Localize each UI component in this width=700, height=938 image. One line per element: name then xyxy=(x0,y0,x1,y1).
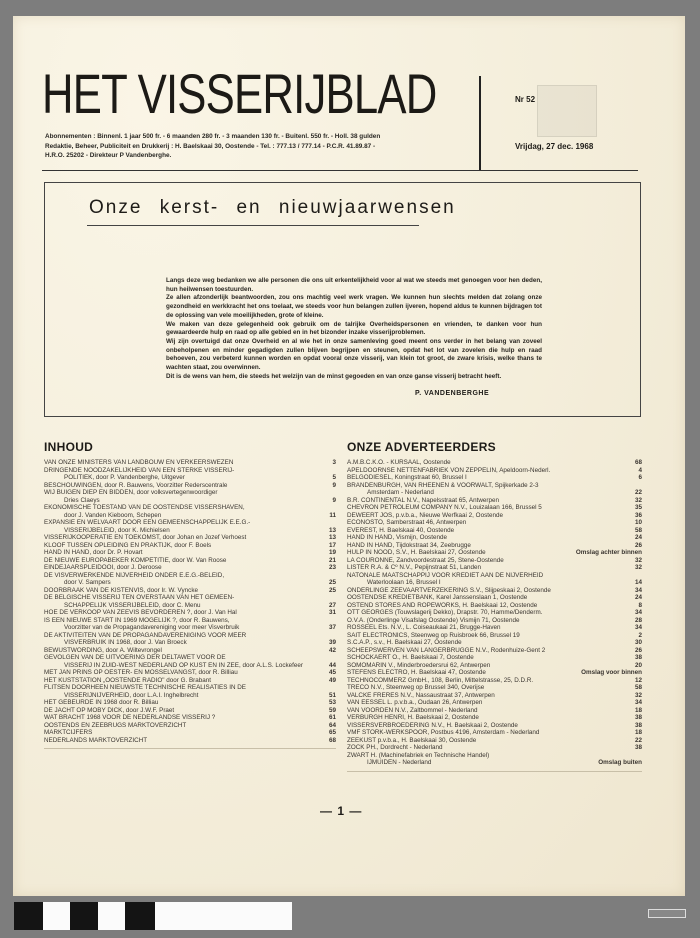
contents-entry: FLITSEN DOORHEEN NIEUWSTE TECHNISCHE REA… xyxy=(44,684,336,699)
advertiser-entry-page: Omslag achter binnen xyxy=(562,549,642,557)
advertiser-entry: TECHNOCOMMERZ GmbH., 108, Berlin, Mittel… xyxy=(347,677,642,685)
contents-entry-page: 3 xyxy=(314,459,336,467)
greetings-title: Onze kerst- en nieuwjaarwensen xyxy=(89,197,456,219)
contents-entry: EINDEJAARSPLEIDOOI, door J. Deroose23 xyxy=(44,564,336,572)
advertiser-entry-page: 24 xyxy=(620,594,642,602)
advertiser-entry-page: 34 xyxy=(620,587,642,595)
advertiser-entry-page: 18 xyxy=(620,707,642,715)
advertiser-entry-page: 20 xyxy=(620,662,642,670)
scan-calibration-white xyxy=(155,902,292,930)
advertiser-entry-title: ROSSEEL Ets. N.V., L. Coiseaukaai 21, Br… xyxy=(347,624,620,632)
advertiser-entry: OSTEND STORES AND ROPEWORKS, H. Baelskaa… xyxy=(347,602,642,610)
contents-entry-page: 65 xyxy=(314,729,336,737)
contents-entry-page: 61 xyxy=(314,714,336,722)
advertiser-entry-title: OOSTENDSE KREDIETBANK, Karel Janssenslaa… xyxy=(347,594,620,602)
subscription-rates: Abonnementen : Binnenl. 1 jaar 500 fr. -… xyxy=(45,132,475,142)
contents-entry-page: 49 xyxy=(314,677,336,685)
contents-entry: HET KUSTSTATION „OOSTENDE RADIO" door G.… xyxy=(44,677,336,685)
contents-entry-page: 37 xyxy=(314,624,336,632)
advertiser-entry-page: 58 xyxy=(620,527,642,535)
contents-entry: DOORBRAAK VAN DE KISTENVIS, door Ir. W. … xyxy=(44,587,336,595)
advertiser-entry: S.C.A.P., s.v., H. Baelskaai 27, Oostend… xyxy=(347,639,642,647)
advertiser-entry-page: 28 xyxy=(620,617,642,625)
advertiser-entry-page: 24 xyxy=(620,534,642,542)
contents-entry-page: 27 xyxy=(314,602,336,610)
advertiser-entry: O.V.A. (Onderlinge Visafslag Oostende) V… xyxy=(347,617,642,625)
contents-entry-title: OOSTENDS EN ZEEBRUGS MARKTOVERZICHT xyxy=(44,722,314,730)
advertiser-entry: HAND IN HAND, Tijdokstraat 34, Zeebrugge… xyxy=(347,542,642,550)
advertiser-entry-page: 14 xyxy=(620,579,642,587)
advertiser-entry: VMF STORK-WERKSPOOR, Postbus 4196, Amste… xyxy=(347,729,642,737)
advertiser-entry-page: 38 xyxy=(620,744,642,752)
advertiser-entry-title: APELDOORNSE NETTENFABRIEK VON ZEPPELIN, … xyxy=(347,467,620,475)
advertiser-entry: BELGODIESEL, Koningstraat 60, Brussel I6 xyxy=(347,474,642,482)
advertiser-entry-page: 26 xyxy=(620,647,642,655)
contents-entry-page: 51 xyxy=(314,692,336,700)
contents-entry-title: VISSERIJKOOPERATIE EN TOEKOMST, door Joh… xyxy=(44,534,314,542)
advertiser-entry: SAIT ELECTRONICS, Steenweg op Ruisbroek … xyxy=(347,632,642,640)
advertiser-entry-title: B.R. CONTINENTAL N.V., Napelsstraat 65, … xyxy=(347,497,620,505)
advertiser-entry-title: VMF STORK-WERKSPOOR, Postbus 4196, Amste… xyxy=(347,729,620,737)
contents-entry: IS EEN NIEUWE START IN 1969 MOGELIJK ?, … xyxy=(44,617,336,632)
contents-entry: HOE DE VERKOOP VAN ZEEVIS BEVORDEREN ?, … xyxy=(44,609,336,617)
contents-entry-title: VAN ONZE MINISTERS VAN LANDBOUW EN VERKE… xyxy=(44,459,314,467)
advertiser-entry-title: TECHNOCOMMERZ GmbH., 108, Berlin, Mittel… xyxy=(347,677,620,685)
issue-date: Vrijdag, 27 dec. 1968 xyxy=(515,142,593,151)
advertiser-entry-title: VAN EESSEL L. p.v.b.a., Oudaan 26, Antwe… xyxy=(347,699,620,707)
advertiser-entry: OTT GEORGES (Touwslagerij Dekko), Drapst… xyxy=(347,609,642,617)
contents-entry-title: NEDERLANDS MARKTOVERZICHT xyxy=(44,737,314,745)
scan-calibration-black xyxy=(125,902,155,930)
advertiser-entry-page: 12 xyxy=(620,677,642,685)
contents-entry-page: 53 xyxy=(314,699,336,707)
advertiser-entry: LISTER R.A. & Cº N.V., Pepijnstraat 51, … xyxy=(347,564,642,572)
advertiser-entry-page: 30 xyxy=(620,639,642,647)
advertiser-entry: ECONOSTO, Samberstraat 46, Antwerpen10 xyxy=(347,519,642,527)
contents-entry-page: 59 xyxy=(314,707,336,715)
scan-calibration-black xyxy=(70,902,98,930)
advertiser-entry-page: 34 xyxy=(620,699,642,707)
advertiser-entry: HULP IN NOOD, S.V., H. Baelskaai 27, Oos… xyxy=(347,549,642,557)
advertiser-entry-title: ZOCK PH., Dordrecht - Nederland xyxy=(347,744,620,752)
advertiser-entry-title: A.M.B.C.K.O. - KURSAAL, Oostende xyxy=(347,459,620,467)
advertiser-entry-page: 38 xyxy=(620,714,642,722)
advertiser-entry-page: 32 xyxy=(620,497,642,505)
contents-entry-title: HOE DE VERKOOP VAN ZEEVIS BEVORDEREN ?, … xyxy=(44,609,314,617)
contents-entry: DE JACHT OP MOBY DICK, door J.W.F. Praet… xyxy=(44,707,336,715)
advertiser-entry-title: SCHEEPSWERVEN VAN LANGERBRUGGE N.V., Rod… xyxy=(347,647,620,655)
contents-entry-page: 9 xyxy=(314,497,336,505)
greetings-title-underline xyxy=(87,225,419,226)
contents-entry-title: BESCHOUWINGEN, door R. Bauwens, Voorzitt… xyxy=(44,482,314,490)
contents-entry-page: 21 xyxy=(314,557,336,565)
contents-entry: HAND IN HAND, door Dr. P. Hovart19 xyxy=(44,549,336,557)
scan-calibration-white xyxy=(98,902,125,930)
contents-entry-title: DE BELGISCHE VISSERIJ TEN OVERSTAAN VAN … xyxy=(44,594,314,609)
registration-director: H.R.O. 25202 - Direkteur P Vandenberghe. xyxy=(45,151,475,161)
advertiser-entry: ZEEKUST p.v.b.a., H. Baelskaai 30, Ooste… xyxy=(347,737,642,745)
contents-entry-title: FLITSEN DOORHEEN NIEUWSTE TECHNISCHE REA… xyxy=(44,684,314,699)
advertiser-entry-page: 8 xyxy=(620,602,642,610)
advertiser-entry-title: ONDERLINGE ZEEVAARTVERZEKERING S.V., Sli… xyxy=(347,587,620,595)
contents-entry-page: 39 xyxy=(314,639,336,647)
advertiser-entry-title: SCHOCKAERT O., H. Baelskaai 7, Oostende xyxy=(347,654,620,662)
advertisers-heading: ONZE ADVERTEERDERS xyxy=(347,440,642,454)
advertiser-entry: NATONALE MAATSCHAPPIJ VOOR KREDIET AAN D… xyxy=(347,572,642,587)
advertiser-entry-title: STEFENS ELECTRO, H. Baelskaai 47, Oosten… xyxy=(347,669,562,677)
advertiser-entry-page: Omslag voor binnen xyxy=(562,669,642,677)
advertiser-entry-page: 18 xyxy=(620,729,642,737)
advertiser-entry: DEWEERT JOS, p.v.b.a., Nieuwe Werfkaai 2… xyxy=(347,512,642,520)
advertiser-entry: B.R. CONTINENTAL N.V., Napelsstraat 65, … xyxy=(347,497,642,505)
greetings-body: Langs deze weg bedanken we alle personen… xyxy=(166,277,542,381)
contents-entry: DRINGENDE NOODZAKELIJKHEID VAN EEN STERK… xyxy=(44,467,336,482)
contents-entry: KLOOF TUSSEN OPLEIDING EN PRAKTIJK, door… xyxy=(44,542,336,550)
advertiser-entry-page: 34 xyxy=(620,624,642,632)
advertiser-entry: VERBURGH HENRI, H. Baelskaai 2, Oostende… xyxy=(347,714,642,722)
advertiser-entry-title: VISSERSVERBROEDERING N.V., H. Baelskaai … xyxy=(347,722,620,730)
archive-label xyxy=(648,909,686,918)
advertiser-entry-title: DEWEERT JOS, p.v.b.a., Nieuwe Werfkaai 2… xyxy=(347,512,620,520)
advertiser-entry-page: Omslag buiten xyxy=(562,759,642,767)
advertiser-entry-page: 6 xyxy=(620,474,642,482)
contents-entry: NEDERLANDS MARKTOVERZICHT68 xyxy=(44,737,336,745)
contents-entry-title: EXPANSIE EN WELVAART DOOR EEN GEMEENSCHA… xyxy=(44,519,314,534)
contents-entry-page: 31 xyxy=(314,609,336,617)
contents-entry-title: DE AKTIVITEITEN VAN DE PROPAGANDAVERENIG… xyxy=(44,632,314,647)
contents-entry-page: 13 xyxy=(314,527,336,535)
advertiser-entry-title: SAIT ELECTRONICS, Steenweg op Ruisbroek … xyxy=(347,632,620,640)
contents-entry-title: EKONOMISCHE TOESTAND VAN DE OOSTENDSE VI… xyxy=(44,504,314,519)
contents-entry-page: 25 xyxy=(314,587,336,595)
advertiser-entry: ROSSEEL Ets. N.V., L. Coiseaukaai 21, Br… xyxy=(347,624,642,632)
contents-entry-title: HET KUSTSTATION „OOSTENDE RADIO" door G.… xyxy=(44,677,314,685)
scan-calibration-black xyxy=(14,902,43,930)
column-end-rule xyxy=(347,771,642,772)
advertiser-entry-title: O.V.A. (Onderlinge Visafslag Oostende) V… xyxy=(347,617,620,625)
contents-entry: BESCHOUWINGEN, door R. Bauwens, Voorzitt… xyxy=(44,482,336,490)
contents-entry-title: WAT BRACHT 1968 VOOR DE NEDERLANDSE VISS… xyxy=(44,714,314,722)
advertiser-entry: APELDOORNSE NETTENFABRIEK VON ZEPPELIN, … xyxy=(347,467,642,475)
contents-entry-title: BEWUSTWORDING, door A. Wiltevrongel xyxy=(44,647,314,655)
advertiser-entry-title: S.C.A.P., s.v., H. Baelskaai 27, Oostend… xyxy=(347,639,620,647)
advertiser-entry-page: 58 xyxy=(620,684,642,692)
contents-entry: EKONOMISCHE TOESTAND VAN DE OOSTENDSE VI… xyxy=(44,504,336,519)
contents-entry-title: DRINGENDE NOODZAKELIJKHEID VAN EEN STERK… xyxy=(44,467,314,482)
advertiser-entry-title: OSTEND STORES AND ROPEWORKS, H. Baelskaa… xyxy=(347,602,620,610)
contents-entry-page: 17 xyxy=(314,542,336,550)
advertiser-entry-page: 34 xyxy=(620,609,642,617)
contents-entry-page: 44 xyxy=(314,662,336,670)
contents-entry-title: EINDEJAARSPLEIDOOI, door J. Deroose xyxy=(44,564,314,572)
contents-list: VAN ONZE MINISTERS VAN LANDBOUW EN VERKE… xyxy=(44,459,336,749)
contents-entry-title: MET JAN PRINS OP OESTER- EN MOSSELVANGST… xyxy=(44,669,314,677)
greetings-paragraph: Langs deze weg bedanken we alle personen… xyxy=(166,277,542,294)
advertiser-entry: ZOCK PH., Dordrecht - Nederland38 xyxy=(347,744,642,752)
advertiser-entry: HAND IN HAND, Vismijn, Oostende24 xyxy=(347,534,642,542)
advertiser-entry: SOMOMARIN V., Minderbroedersrui 62, Antw… xyxy=(347,662,642,670)
contents-entry: BEWUSTWORDING, door A. Wiltevrongel42 xyxy=(44,647,336,655)
publication-title: HET VISSERIJBLAD xyxy=(42,66,437,122)
masthead: HET VISSERIJBLAD Abonnementen : Binnenl.… xyxy=(42,66,482,172)
advertiser-entry-title: EVEREST, H. Baelskaai 40, Oostende xyxy=(347,527,620,535)
advertiser-entry-page: 36 xyxy=(620,512,642,520)
advertiser-entry-title: VALCKE FRERES N.V., Nassaustraat 37, Ant… xyxy=(347,692,620,700)
contents-entry: DE NIEUWE EUROPABEKER KOMPETITIE, door W… xyxy=(44,557,336,565)
contents-entry-title: MARKTCIJFERS xyxy=(44,729,314,737)
advertiser-entry-title: NATONALE MAATSCHAPPIJ VOOR KREDIET AAN D… xyxy=(347,572,620,587)
advertiser-entry: BRANDENBURGH, VAN RHEENEN & VOORWALT, Sp… xyxy=(347,482,642,497)
contents-entry-page: 25 xyxy=(314,579,336,587)
advertiser-entry: TRECO N.V., Steenweg op Brussel 340, Ove… xyxy=(347,684,642,692)
advertiser-entry-title: ZWART H. (Machinefabriek en Technische H… xyxy=(347,752,562,767)
advertiser-entry: STEFENS ELECTRO, H. Baelskaai 47, Oosten… xyxy=(347,669,642,677)
contents-entry: DE VISVERWERKENDE NIJVERHEID ONDER E.E.G… xyxy=(44,572,336,587)
contents-entry-title: KLOOF TUSSEN OPLEIDING EN PRAKTIJK, door… xyxy=(44,542,314,550)
advertiser-entry-title: OTT GEORGES (Touwslagerij Dekko), Drapst… xyxy=(347,609,620,617)
advertiser-entry: SCHOCKAERT O., H. Baelskaai 7, Oostende3… xyxy=(347,654,642,662)
masthead-rule xyxy=(42,170,638,171)
advertiser-entry-page: 32 xyxy=(620,692,642,700)
advertiser-entry-title: SOMOMARIN V., Minderbroedersrui 62, Antw… xyxy=(347,662,620,670)
masthead-divider xyxy=(479,76,481,171)
contents-entry: GEVOLGEN VAN DE UITVOERING DER DELTAWET … xyxy=(44,654,336,669)
contents-entry-page: 68 xyxy=(314,737,336,745)
publication-info: Abonnementen : Binnenl. 1 jaar 500 fr. -… xyxy=(45,132,475,161)
advertiser-entry-title: BELGODIESEL, Koningstraat 60, Brussel I xyxy=(347,474,620,482)
contents-entry: DE BELGISCHE VISSERIJ TEN OVERSTAAN VAN … xyxy=(44,594,336,609)
contents-entry-title: DOORBRAAK VAN DE KISTENVIS, door Ir. W. … xyxy=(44,587,314,595)
advertiser-entry: ZWART H. (Machinefabriek en Technische H… xyxy=(347,752,642,767)
contents-entry-title: GEVOLGEN VAN DE UITVOERING DER DELTAWET … xyxy=(44,654,314,669)
advertiser-entry: LA COURONNE, Zandvoordestraat 25, Stene-… xyxy=(347,557,642,565)
contents-entry-title: DE NIEUWE EUROPABEKER KOMPETITIE, door W… xyxy=(44,557,314,565)
column-end-rule xyxy=(44,748,336,749)
advertiser-entry: VALCKE FRERES N.V., Nassaustraat 37, Ant… xyxy=(347,692,642,700)
advertiser-entry-title: HAND IN HAND, Vismijn, Oostende xyxy=(347,534,620,542)
contents-entry-page: 5 xyxy=(314,474,336,482)
contents-entry: EXPANSIE EN WELVAART DOOR EEN GEMEENSCHA… xyxy=(44,519,336,534)
contents-heading: INHOUD xyxy=(44,440,336,454)
advertiser-entry-title: HAND IN HAND, Tijdokstraat 34, Zeebrugge xyxy=(347,542,620,550)
contents-entry: OOSTENDS EN ZEEBRUGS MARKTOVERZICHT64 xyxy=(44,722,336,730)
greetings-paragraph: Wij zijn overtuigd dat onze Overheid en … xyxy=(166,338,542,373)
contents-entry-page: 11 xyxy=(314,512,336,520)
advertiser-entry-page: 38 xyxy=(620,654,642,662)
contents-entry-title: DE JACHT OP MOBY DICK, door J.W.F. Praet xyxy=(44,707,314,715)
contents-entry: VISSERIJKOOPERATIE EN TOEKOMST, door Joh… xyxy=(44,534,336,542)
contents-entry: DE AKTIVITEITEN VAN DE PROPAGANDAVERENIG… xyxy=(44,632,336,647)
contents-entry: WAT BRACHT 1968 VOOR DE NEDERLANDSE VISS… xyxy=(44,714,336,722)
advertiser-entry-page: 4 xyxy=(620,467,642,475)
advertiser-entry: A.M.B.C.K.O. - KURSAAL, Oostende68 xyxy=(347,459,642,467)
greetings-paragraph: Dit is de wens van hem, die steeds het w… xyxy=(166,373,542,382)
advertiser-entry-title: TRECO N.V., Steenweg op Brussel 340, Ove… xyxy=(347,684,620,692)
contents-column: INHOUD VAN ONZE MINISTERS VAN LANDBOUW E… xyxy=(44,440,336,749)
advertiser-entry-title: ECONOSTO, Samberstraat 46, Antwerpen xyxy=(347,519,620,527)
advertiser-entry-page: 22 xyxy=(620,737,642,745)
contents-entry-page: 64 xyxy=(314,722,336,730)
season-greetings-box: Onze kerst- en nieuwjaarwensen Langs dez… xyxy=(44,182,641,417)
advertiser-entry-page: 22 xyxy=(620,489,642,497)
advertiser-entry-page: 10 xyxy=(620,519,642,527)
advertiser-entry: EVEREST, H. Baelskaai 40, Oostende58 xyxy=(347,527,642,535)
contents-entry: HET GEBEURDE IN 1968 door R. Billiau53 xyxy=(44,699,336,707)
contents-entry-title: IS EEN NIEUWE START IN 1969 MOGELIJK ?, … xyxy=(44,617,314,632)
advertiser-entry-page: 32 xyxy=(620,557,642,565)
bleed-through-ad xyxy=(537,85,597,137)
advertiser-entry-title: VAN VOORDEN N.V., Zaltbommel - Nederland xyxy=(347,707,620,715)
advertiser-entry-page: 38 xyxy=(620,722,642,730)
advertiser-entry-page: 2 xyxy=(620,632,642,640)
advertiser-entry-page: 26 xyxy=(620,542,642,550)
advertiser-entry: SCHEEPSWERVEN VAN LANGERBRUGGE N.V., Rod… xyxy=(347,647,642,655)
advertiser-entry-title: CHEVRON PETROLEUM COMPANY N.V., Louizala… xyxy=(347,504,620,512)
advertiser-entry: VAN VOORDEN N.V., Zaltbommel - Nederland… xyxy=(347,707,642,715)
scan-calibration-white xyxy=(43,902,70,930)
advertiser-entry: ONDERLINGE ZEEVAARTVERZEKERING S.V., Sli… xyxy=(347,587,642,595)
contents-entry: MET JAN PRINS OP OESTER- EN MOSSELVANGST… xyxy=(44,669,336,677)
greetings-paragraph: Ze allen afzonderlijk beantwoorden, zou … xyxy=(166,294,542,320)
contents-entry-page: 42 xyxy=(314,647,336,655)
advertiser-entry-title: BRANDENBURGH, VAN RHEENEN & VOORWALT, Sp… xyxy=(347,482,620,497)
advertiser-entry-page: 68 xyxy=(620,459,642,467)
advertiser-entry-page: 32 xyxy=(620,564,642,572)
advertisers-list: A.M.B.C.K.O. - KURSAAL, Oostende68APELDO… xyxy=(347,459,642,772)
advertiser-entry-page: 35 xyxy=(620,504,642,512)
contents-entry-title: DE VISVERWERKENDE NIJVERHEID ONDER E.E.G… xyxy=(44,572,314,587)
contents-entry-title: HAND IN HAND, door Dr. P. Hovart xyxy=(44,549,314,557)
greetings-paragraph: We maken van deze gelegenheid ook gebrui… xyxy=(166,321,542,338)
contents-entry-page: 19 xyxy=(314,549,336,557)
contents-entry-title: HET GEBEURDE IN 1968 door R. Billiau xyxy=(44,699,314,707)
advertiser-entry-title: LISTER R.A. & Cº N.V., Pepijnstraat 51, … xyxy=(347,564,620,572)
contents-entry: WIJ BUIGEN DIEP EN BIDDEN, door volksver… xyxy=(44,489,336,504)
advertiser-entry: CHEVRON PETROLEUM COMPANY N.V., Louizala… xyxy=(347,504,642,512)
contents-entry-title: WIJ BUIGEN DIEP EN BIDDEN, door volksver… xyxy=(44,489,314,504)
advertiser-entry: VAN EESSEL L. p.v.b.a., Oudaan 26, Antwe… xyxy=(347,699,642,707)
advertisers-column: ONZE ADVERTEERDERS A.M.B.C.K.O. - KURSAA… xyxy=(347,440,642,772)
issue-number: Nr 52 xyxy=(515,95,535,104)
advertiser-entry-title: LA COURONNE, Zandvoordestraat 25, Stene-… xyxy=(347,557,620,565)
advertiser-entry-title: ZEEKUST p.v.b.a., H. Baelskaai 30, Ooste… xyxy=(347,737,620,745)
advertiser-entry: OOSTENDSE KREDIETBANK, Karel Janssenslaa… xyxy=(347,594,642,602)
contents-entry: VAN ONZE MINISTERS VAN LANDBOUW EN VERKE… xyxy=(44,459,336,467)
advertiser-entry-title: HULP IN NOOD, S.V., H. Baelskaai 27, Oos… xyxy=(347,549,562,557)
contents-entry-page: 9 xyxy=(314,482,336,490)
page-number: — 1 — xyxy=(320,804,362,818)
contents-entry-page: 45 xyxy=(314,669,336,677)
advertiser-entry: VISSERSVERBROEDERING N.V., H. Baelskaai … xyxy=(347,722,642,730)
contents-entry-page: 23 xyxy=(314,564,336,572)
advertiser-entry-title: VERBURGH HENRI, H. Baelskaai 2, Oostende xyxy=(347,714,620,722)
greetings-signature: P. VANDENBERGHE xyxy=(415,390,489,397)
contents-entry: MARKTCIJFERS65 xyxy=(44,729,336,737)
contents-entry-page: 13 xyxy=(314,534,336,542)
editorial-address: Redaktie, Beheer, Publiciteit en Drukker… xyxy=(45,142,475,152)
